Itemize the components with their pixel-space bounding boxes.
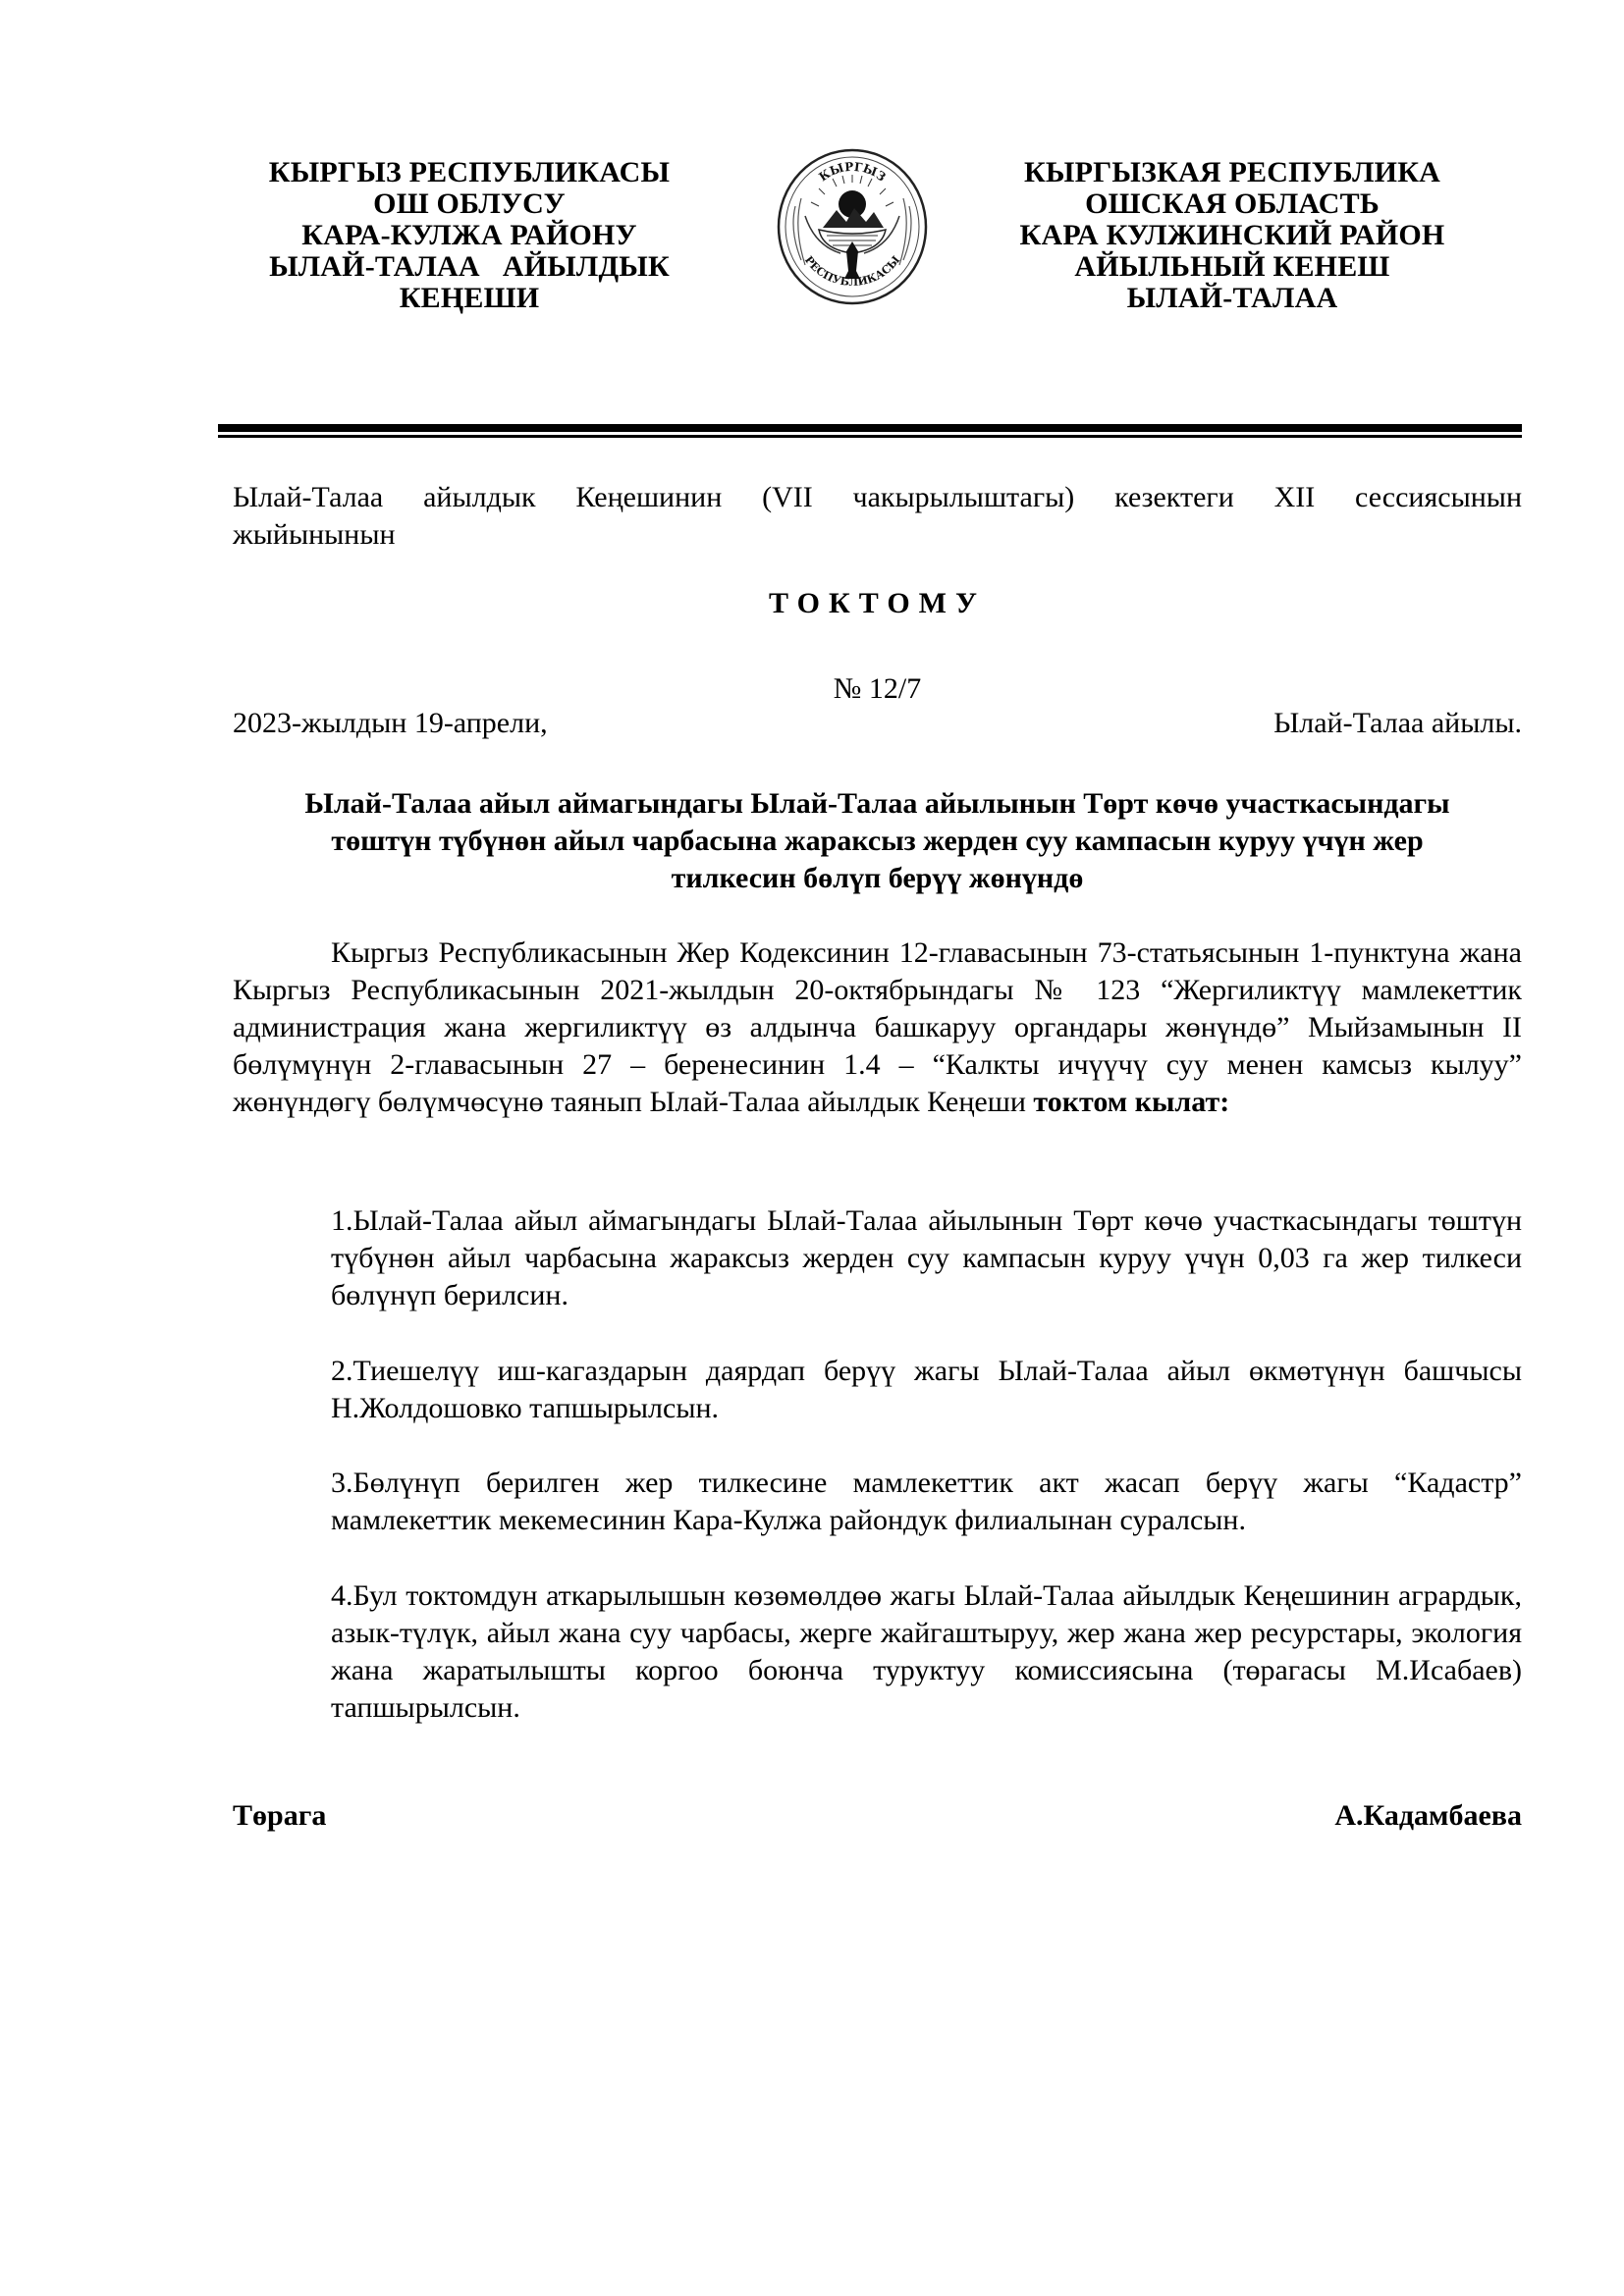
header-right-line: ЫЛАЙ-ТАЛАА xyxy=(957,283,1507,314)
header-divider-thick xyxy=(218,424,1522,432)
header-left-line: ОШ ОБЛУСУ xyxy=(218,188,721,220)
subject-line: төштүн түбүнөн айыл чарбасына жараксыз ж… xyxy=(233,823,1522,860)
subject-line: Ылай-Талаа айыл аймагындагы Ылай-Талаа а… xyxy=(233,785,1522,823)
header-left-line: КЕҢЕШИ xyxy=(218,283,721,314)
resolution-item: 1.Ылай-Талаа айыл аймагындагы Ылай-Талаа… xyxy=(331,1202,1522,1314)
header-left-line: КЫРГЫЗ РЕСПУБЛИКАСЫ xyxy=(218,157,721,188)
header-left-line: ЫЛАЙ-ТАЛАА АЙЫЛДЫК xyxy=(218,251,721,283)
preamble-paragraph: Кыргыз Республикасынын Жер Кодексинин 12… xyxy=(233,934,1522,1121)
header-left-line: КАРА-КУЛЖА РАЙОНУ xyxy=(218,220,721,251)
session-word: кезектеги xyxy=(1114,479,1234,516)
header-right-line: КАРА КУЛЖИНСКИЙ РАЙОН xyxy=(957,220,1507,251)
date-place-row: 2023-жылдын 19-апрели, Ылай-Талаа айылы. xyxy=(233,707,1522,740)
document-subject: Ылай-Талаа айыл аймагындагы Ылай-Талаа а… xyxy=(233,785,1522,897)
signature-role: Төрага xyxy=(233,1799,326,1833)
session-word: Кеңешинин xyxy=(575,479,722,516)
header-right-line: АЙЫЛЬНЫЙ КЕНЕШ xyxy=(957,251,1507,283)
resolution-item: 4.Бул токтомдун аткарылышын көзөмөлдөө ж… xyxy=(331,1577,1522,1727)
document-date: 2023-жылдын 19-апрели, xyxy=(233,707,548,740)
document-number: № 12/7 xyxy=(233,672,1522,706)
header-russian: КЫРГЫЗКАЯ РЕСПУБЛИКА ОШСКАЯ ОБЛАСТЬ КАРА… xyxy=(957,157,1507,314)
document-page: КЫРГЫЗ РЕСПУБЛИКАСЫ ОШ ОБЛУСУ КАРА-КУЛЖА… xyxy=(0,0,1624,2296)
preamble-decision: токтом кылат: xyxy=(1033,1086,1229,1118)
session-word: чакырылыштагы) xyxy=(853,479,1075,516)
session-word: сессиясынын xyxy=(1355,479,1522,516)
header-divider-thin xyxy=(218,435,1522,438)
header-right-line: КЫРГЫЗКАЯ РЕСПУБЛИКА xyxy=(957,157,1507,188)
session-line: Ылай-Талаа айылдык Кеңешинин (VII чакыры… xyxy=(233,479,1522,554)
header-right-line: ОШСКАЯ ОБЛАСТЬ xyxy=(957,188,1507,220)
state-emblem-icon: КЫРГЫЗ РЕСПУБЛИКАСЫ xyxy=(776,147,929,306)
preamble-text: Кыргыз Республикасынын Жер Кодексинин 12… xyxy=(233,936,1522,1118)
session-word: Ылай-Талаа xyxy=(233,479,383,516)
signature-name: А.Кадамбаева xyxy=(1334,1799,1522,1833)
session-word: XII xyxy=(1274,479,1316,516)
resolution-item: 2.Тиешелүү иш-кагаздарын даярдап берүү ж… xyxy=(331,1353,1522,1427)
session-word: айылдык xyxy=(423,479,536,516)
header-kyrgyz: КЫРГЫЗ РЕСПУБЛИКАСЫ ОШ ОБЛУСУ КАРА-КУЛЖА… xyxy=(218,157,721,314)
resolution-item: 3.Бөлүнүп берилген жер тилкесине мамлеке… xyxy=(331,1465,1522,1539)
document-place: Ылай-Талаа айылы. xyxy=(1273,707,1522,740)
session-line-2: жыйынынын xyxy=(233,516,1522,554)
signature-block: Төрага А.Кадамбаева xyxy=(233,1799,1522,1833)
document-title: ТОКТОМУ xyxy=(233,587,1522,620)
subject-line: тилкесин бөлүп берүү жөнүндө xyxy=(233,860,1522,897)
session-word: (VII xyxy=(762,479,813,516)
